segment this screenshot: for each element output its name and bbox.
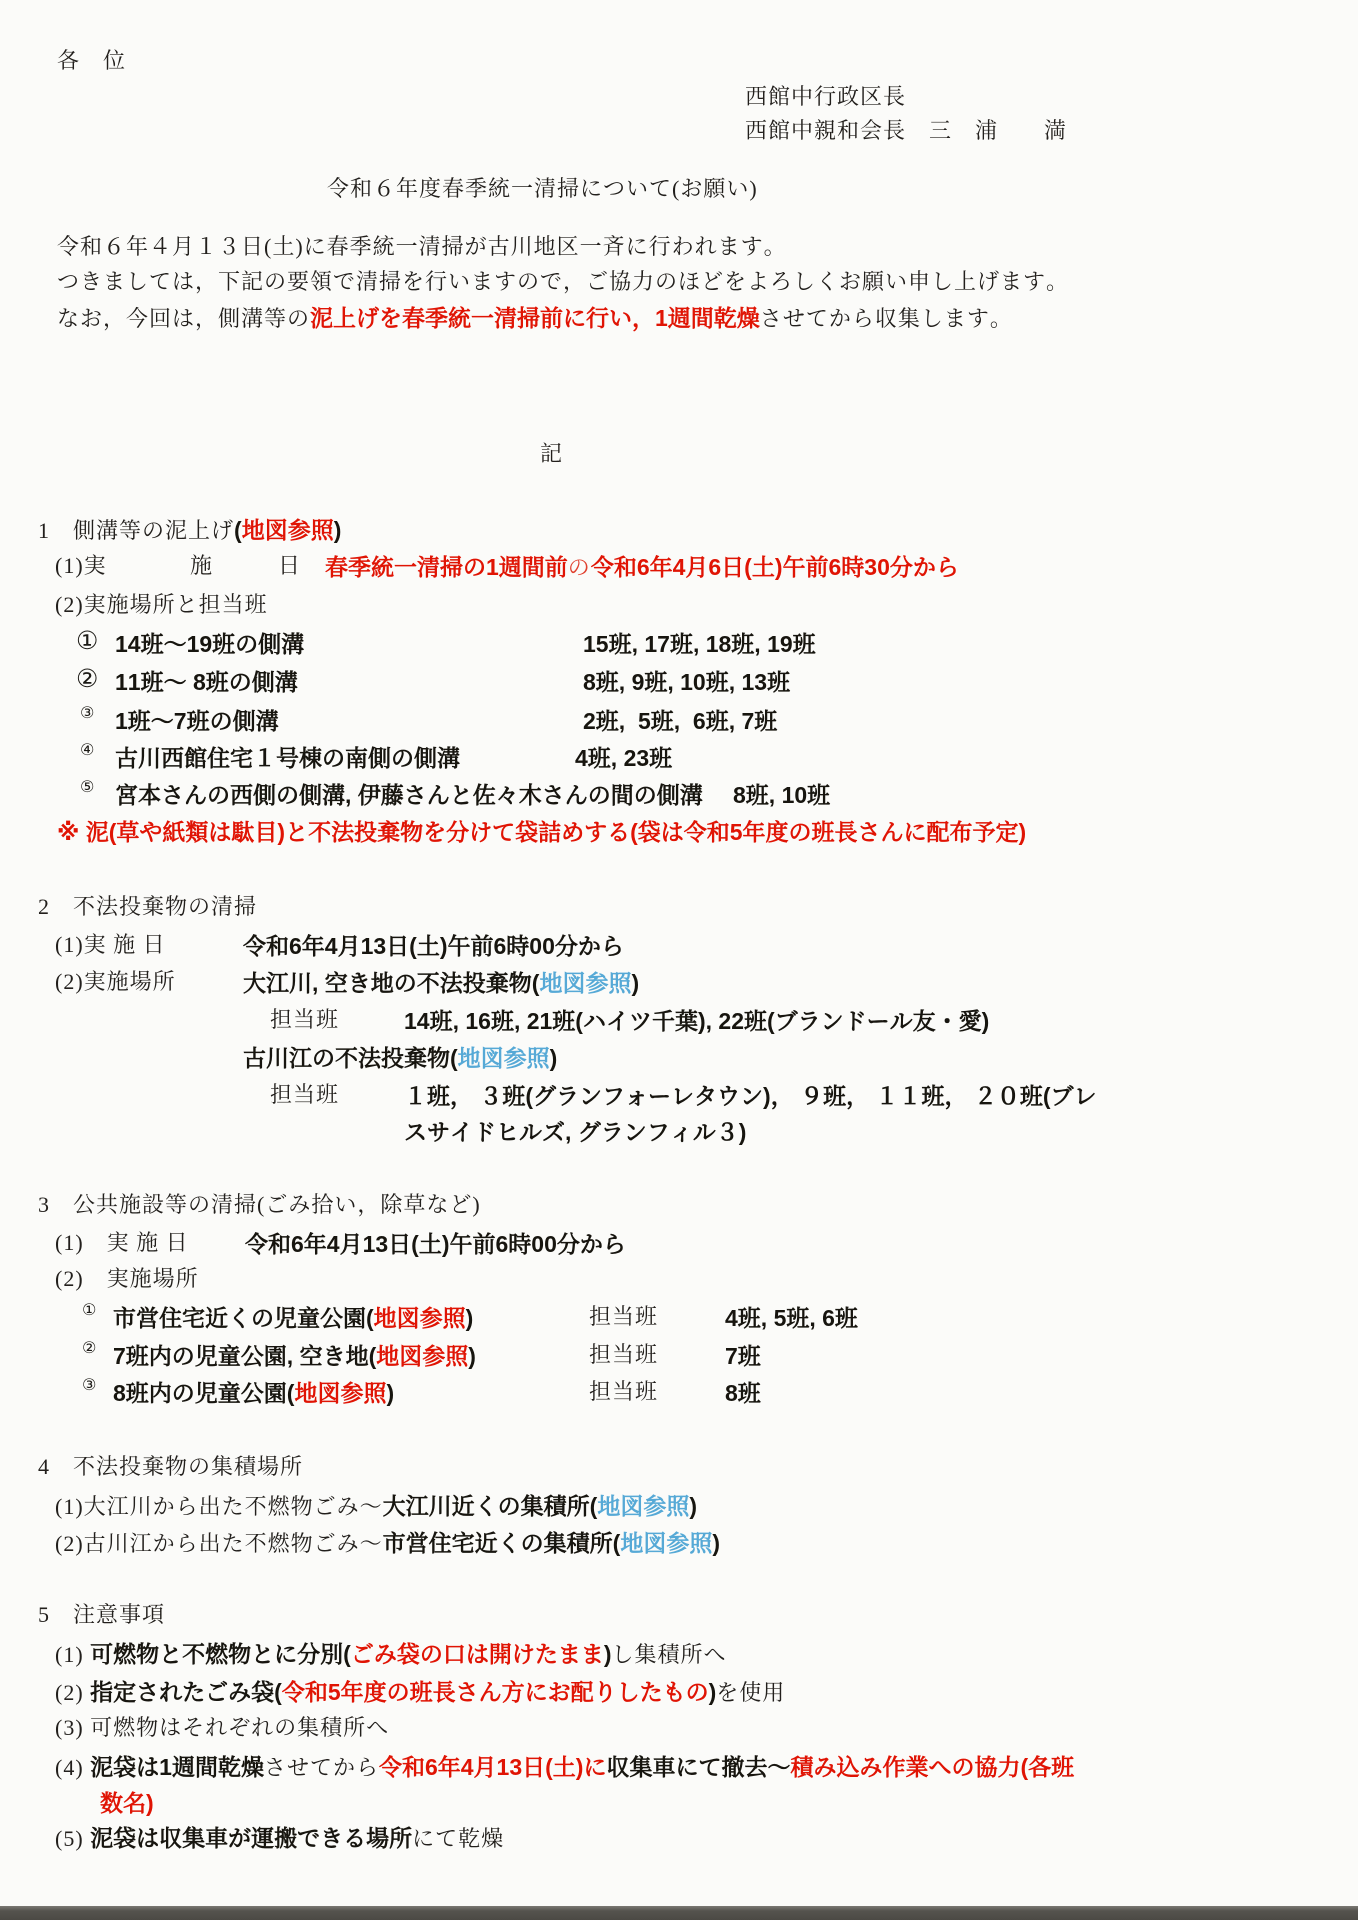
sec3-row-2: ②7班内の児童公園, 空き地(地図参照)担当班7班 — [0, 1338, 1358, 1374]
sec1-row-2: ②11班～ 8班の側溝8班, 9班, 10班, 13班 — [0, 664, 1358, 700]
text-segment: 施 — [190, 549, 213, 580]
text-segment: 記 — [540, 437, 563, 468]
text-run-b: 2班, 5班, 6班, 7班 — [583, 708, 777, 734]
text-segment: ④ — [80, 740, 94, 763]
text-segment: 担当班 — [270, 1078, 339, 1109]
text-segment: (3) 可燃物はそれぞれの集積所へ — [55, 1711, 389, 1742]
text-run-m: (4) — [55, 1755, 90, 1780]
sec3-date: (1) 実 施 日令和6年4月13日(土)午前6時00分から — [0, 1226, 1358, 1262]
text-segment: 1班～7班の側溝 — [115, 703, 279, 736]
text-run-r: 地図参照 — [374, 1305, 466, 1331]
sec3-heading: 3 公共施設等の清掃(ごみ拾い，除草など) — [0, 1188, 1358, 1224]
text-run-b: 8班, 9班, 10班, 13班 — [583, 669, 790, 695]
text-segment: 春季統一清掃の1週間前の令和6年4月6日(土)午前6時30分から — [325, 549, 959, 582]
text-run-b: 1班～7班の側溝 — [115, 708, 279, 734]
text-run-m: 西館中親和会長 三 浦 満 — [745, 118, 1067, 143]
text-segment: 14班～19班の側溝 — [115, 626, 304, 659]
text-segment: (2) 指定されたごみ袋(令和5年度の班長さん方にお配りしたもの)を使用 — [55, 1674, 785, 1707]
sec5-item-1: (1) 可燃物と不燃物とに分別(ごみ袋の口は開けたまま)し集積所へ — [0, 1636, 1358, 1672]
sender-line-1: 西館中行政区長 — [0, 80, 1358, 116]
text-segment: ⑤ — [80, 777, 94, 800]
text-run-b: 古川江の不法投棄物( — [243, 1045, 458, 1071]
text-run-m: 1 側溝等の泥上げ — [38, 518, 234, 543]
text-segment: 担当班 — [589, 1375, 658, 1406]
text-run-m: 5 注意事項 — [38, 1602, 165, 1627]
sec1-row-5: ⑤宮本さんの西側の側溝, 伊藤さんと佐々木さんの間の側溝8班, 10班 — [0, 777, 1358, 813]
text-run-m: 記 — [540, 441, 563, 466]
text-run-m: (2)実施場所と担当班 — [55, 592, 268, 617]
text-segment: 令和6年4月13日(土)午前6時00分から — [243, 928, 624, 961]
text-segment: 令和6年4月13日(土)午前6時00分から — [245, 1226, 626, 1259]
sec5-item-2: (2) 指定されたごみ袋(令和5年度の班長さん方にお配りしたもの)を使用 — [0, 1674, 1358, 1710]
text-run-b: 4班, 23班 — [575, 745, 672, 771]
text-run-b: ) — [712, 1530, 720, 1556]
text-run-r: 地図参照 — [376, 1343, 468, 1369]
text-run-bl: 地図参照 — [597, 1493, 689, 1519]
text-run-r: 地図参照 — [294, 1380, 386, 1406]
text-run-b: 8班内の児童公園( — [113, 1380, 294, 1406]
text-segment: 各 位 — [57, 44, 126, 75]
text-run-b: 泥袋は収集車が運搬できる場所 — [90, 1825, 412, 1851]
salutation: 各 位 — [0, 44, 1358, 80]
text-run-m: (1) — [55, 1642, 90, 1667]
text-run-m: にて乾燥 — [412, 1826, 504, 1851]
text-run-m: (1)実 — [55, 553, 107, 578]
text-run-b: 市営住宅近くの集積所( — [383, 1530, 621, 1556]
text-segment: 7班 — [725, 1338, 761, 1371]
text-segment: ③ — [80, 703, 94, 726]
text-run-m: (5) — [55, 1826, 90, 1851]
text-segment: 数名) — [100, 1785, 154, 1818]
text-segment: 4班, 5班, 6班 — [725, 1300, 858, 1333]
sec1-heading: 1 側溝等の泥上げ(地図参照) — [0, 512, 1358, 548]
sec2-date: (1)実 施 日令和6年4月13日(土)午前6時00分から — [0, 928, 1358, 964]
text-segment: 2 不法投棄物の清掃 — [38, 890, 257, 921]
sec1-row-3: ③1班～7班の側溝2班, 5班, 6班, 7班 — [0, 703, 1358, 739]
text-segment: 8班 — [725, 1375, 761, 1408]
text-run-m: 担当班 — [589, 1379, 658, 1404]
text-segment: 15班, 17班, 18班, 19班 — [583, 626, 816, 659]
intro-line-3: なお，今回は，側溝等の泥上げを春季統一清掃前に行い，1週間乾燥させてから収集しま… — [0, 300, 1358, 336]
text-run-b: 11班～ 8班の側溝 — [115, 669, 298, 695]
text-run-b: 大江川近くの集積所( — [383, 1493, 598, 1519]
text-run-r: ※ 泥(草や紙類は駄目)と不法投棄物を分けて袋詰めする(袋は令和5年度の班長さん… — [57, 819, 1026, 845]
sec2-team-1: 担当班14班, 16班, 21班(ハイツ千葉), 22班(ブランドール友・愛) — [0, 1003, 1358, 1039]
text-segment: 西館中行政区長 — [745, 80, 906, 111]
text-run-n2: ② — [82, 1340, 96, 1357]
text-segment: (2)古川江から出た不燃物ごみ～市営住宅近くの集積所(地図参照) — [55, 1525, 720, 1558]
text-segment: 8班, 9班, 10班, 13班 — [583, 664, 790, 697]
text-run-b: 7班内の児童公園, 空き地( — [113, 1343, 376, 1369]
text-segment: 古川西館住宅１号棟の南側の側溝 — [115, 740, 460, 773]
text-run-b: 泥袋は1週間乾燥 — [90, 1754, 264, 1780]
text-run-m: を使用 — [716, 1680, 785, 1705]
text-run-b: ) — [604, 1641, 612, 1667]
text-segment: 7班内の児童公園, 空き地(地図参照) — [113, 1338, 476, 1371]
text-segment: 大江川, 空き地の不法投棄物(地図参照) — [243, 965, 639, 998]
text-segment: 8班内の児童公園(地図参照) — [113, 1375, 394, 1408]
text-segment: なお，今回は，側溝等の泥上げを春季統一清掃前に行い，1週間乾燥させてから収集しま… — [57, 300, 1013, 333]
sec4-row-1: (1)大江川から出た不燃物ごみ～大江川近くの集積所(地図参照) — [0, 1488, 1358, 1524]
text-run-b: 8班 — [725, 1380, 761, 1406]
text-run-bl: 地図参照 — [620, 1530, 712, 1556]
text-run-b: 14班～19班の側溝 — [115, 631, 304, 657]
text-segment: (1) 実 施 日 — [55, 1226, 189, 1257]
text-segment: (1) 可燃物と不燃物とに分別(ごみ袋の口は開けたまま)し集積所へ — [55, 1636, 727, 1669]
scanned-notice-page: 各 位西館中行政区長西館中親和会長 三 浦 満令和６年度春季統一清掃について(お… — [0, 0, 1358, 1920]
text-segment: ① — [76, 626, 98, 656]
text-run-b: 大江川, 空き地の不法投棄物( — [243, 970, 539, 996]
text-segment: 2班, 5班, 6班, 7班 — [583, 703, 777, 736]
text-run-b: 令和6年4月13日(土)午前6時00分から — [243, 933, 624, 959]
text-run-n2: ④ — [80, 742, 94, 759]
text-segment: 11班～ 8班の側溝 — [115, 664, 298, 697]
text-run-m: 担当班 — [270, 1007, 339, 1032]
text-run-rm: の — [568, 555, 591, 580]
text-run-m: 各 位 — [57, 48, 126, 73]
sec2-heading: 2 不法投棄物の清掃 — [0, 890, 1358, 926]
text-segment: 担当班 — [270, 1003, 339, 1034]
sec2-location-2: 古川江の不法投棄物(地図参照) — [0, 1040, 1358, 1076]
text-run-r: 春季統一清掃の1週間前 — [325, 554, 568, 580]
text-segment: 令和６年度春季統一清掃について(お願い) — [327, 172, 758, 203]
text-run-m: (1)大江川から出た不燃物ごみ～ — [55, 1494, 383, 1519]
text-run-r: 地図参照 — [242, 517, 334, 543]
text-run-b: ) — [689, 1493, 697, 1519]
text-run-b: 市営住宅近くの児童公園( — [113, 1305, 374, 1331]
text-run-r: ごみ袋の口は開けたまま — [351, 1641, 604, 1667]
text-run-b: 収集車にて撤去～ — [606, 1754, 790, 1780]
text-segment: 3 公共施設等の清掃(ごみ拾い，除草など) — [38, 1188, 481, 1219]
text-run-m: (3) 可燃物はそれぞれの集積所へ — [55, 1715, 389, 1740]
text-run-m: 3 公共施設等の清掃(ごみ拾い，除草など) — [38, 1192, 481, 1217]
text-run-b: ) — [386, 1380, 394, 1406]
text-run-b: 可燃物と不燃物とに分別( — [90, 1641, 351, 1667]
text-run-b: ) — [468, 1343, 476, 1369]
text-run-b: ) — [631, 970, 639, 996]
text-segment: 14班, 16班, 21班(ハイツ千葉), 22班(ブランドール友・愛) — [404, 1003, 989, 1036]
sec3-row-3: ③8班内の児童公園(地図参照)担当班8班 — [0, 1375, 1358, 1411]
text-run-b: 14班, 16班, 21班(ハイツ千葉), 22班(ブランドール友・愛) — [404, 1008, 989, 1034]
text-segment: つきましては，下記の要領で清掃を行いますので，ご協力のほどをよろしくお願い申し上… — [57, 265, 1069, 296]
text-segment: (4) 泥袋は1週間乾燥させてから令和6年4月13日(土)に収集車にて撤去～積み… — [55, 1749, 1074, 1782]
text-run-m: 2 不法投棄物の清掃 — [38, 894, 257, 919]
text-run-b: ) — [550, 1045, 558, 1071]
sec1-note: ※ 泥(草や紙類は駄目)と不法投棄物を分けて袋詰めする(袋は令和5年度の班長さん… — [0, 814, 1358, 850]
text-run-m: 令和６年４月１３日(土)に春季統一清掃が古川地区一斉に行われます。 — [57, 234, 787, 259]
text-run-b: 8班, 10班 — [733, 782, 830, 808]
text-run-m: (2)実施場所 — [55, 969, 176, 994]
text-run-m: (1) 実 施 日 — [55, 1230, 189, 1255]
sender-line-2: 西館中親和会長 三 浦 満 — [0, 114, 1358, 150]
text-run-b: 宮本さんの西側の側溝, 伊藤さんと佐々木さんの間の側溝 — [115, 782, 703, 808]
sec2-location-1: (2)実施場所大江川, 空き地の不法投棄物(地図参照) — [0, 965, 1358, 1001]
sec5-item-5: (5) 泥袋は収集車が運搬できる場所にて乾燥 — [0, 1820, 1358, 1856]
text-segment: (2) 実施場所 — [55, 1262, 199, 1293]
text-segment: (5) 泥袋は収集車が運搬できる場所にて乾燥 — [55, 1820, 504, 1853]
text-segment: 担当班 — [589, 1338, 658, 1369]
text-run-b: 古川西館住宅１号棟の南側の側溝 — [115, 745, 460, 771]
sec2-team-2b: スサイドヒルズ, グランフィル３) — [0, 1114, 1358, 1150]
sec3-row-1: ①市営住宅近くの児童公園(地図参照)担当班4班, 5班, 6班 — [0, 1300, 1358, 1336]
text-run-bp: ) — [334, 517, 342, 543]
intro-line-2: つきましては，下記の要領で清掃を行いますので，ご協力のほどをよろしくお願い申し上… — [0, 265, 1358, 301]
text-run-bl: 地図参照 — [539, 970, 631, 996]
text-run-n2: ① — [82, 1302, 96, 1319]
text-run-m: 担当班 — [589, 1304, 658, 1329]
text-run-n1: ① — [76, 628, 98, 655]
text-segment: (1)大江川から出た不燃物ごみ～大江川近くの集積所(地図参照) — [55, 1488, 697, 1521]
text-run-m: (1)実 施 日 — [55, 932, 166, 957]
text-run-m: 担当班 — [589, 1342, 658, 1367]
text-run-m: 4 不法投棄物の集積場所 — [38, 1454, 303, 1479]
text-segment: 8班, 10班 — [733, 777, 830, 810]
text-run-m: させてから収集します。 — [760, 306, 1013, 331]
text-run-m: (2) — [55, 1680, 90, 1705]
text-run-n2: ③ — [82, 1377, 96, 1394]
text-run-m: (2) 実施場所 — [55, 1266, 199, 1291]
text-segment: 西館中親和会長 三 浦 満 — [745, 114, 1067, 145]
text-segment: 担当班 — [589, 1300, 658, 1331]
text-run-m: 担当班 — [270, 1082, 339, 1107]
text-segment: 令和６年４月１３日(土)に春季統一清掃が古川地区一斉に行われます。 — [57, 230, 787, 261]
sec5-item-4a: (4) 泥袋は1週間乾燥させてから令和6年4月13日(土)に収集車にて撤去～積み… — [0, 1749, 1358, 1785]
text-run-b: 指定されたごみ袋( — [90, 1679, 282, 1705]
sec2-team-2a: 担当班１班， ３班(グランフォーレタウン)， ９班， １１班， ２０班(ブレ — [0, 1078, 1358, 1114]
text-run-m: 西館中行政区長 — [745, 84, 906, 109]
text-run-r: 令和6年4月6日(土)午前6時30分から — [591, 554, 959, 580]
text-run-m: させてから — [264, 1755, 379, 1780]
text-run-n1: ② — [76, 666, 98, 693]
doc-title: 令和６年度春季統一清掃について(お願い) — [0, 172, 1358, 208]
text-segment: 古川江の不法投棄物(地図参照) — [243, 1040, 557, 1073]
text-segment: (1)実 — [55, 549, 107, 580]
text-segment: １班， ３班(グランフォーレタウン)， ９班， １１班， ２０班(ブレ — [404, 1078, 1097, 1111]
text-run-bl: 地図参照 — [458, 1045, 550, 1071]
text-run-r: 数名) — [100, 1790, 154, 1816]
text-segment: (2)実施場所と担当班 — [55, 588, 268, 619]
text-run-b: 15班, 17班, 18班, 19班 — [583, 631, 816, 657]
text-run-r: 泥上げを春季統一清掃前に行い，1週間乾燥 — [310, 305, 760, 331]
text-run-b: 4班, 5班, 6班 — [725, 1305, 858, 1331]
sec5-item-3: (3) 可燃物はそれぞれの集積所へ — [0, 1711, 1358, 1747]
text-run-m: し集積所へ — [612, 1642, 727, 1667]
sec1-date: (1)実施日春季統一清掃の1週間前の令和6年4月6日(土)午前6時30分から — [0, 549, 1358, 585]
text-run-m: (2)古川江から出た不燃物ごみ～ — [55, 1531, 383, 1556]
text-run-m: 令和６年度春季統一清掃について(お願い) — [327, 176, 758, 201]
text-run-m: なお，今回は，側溝等の — [57, 306, 310, 331]
text-segment: (1)実 施 日 — [55, 928, 166, 959]
text-segment: ※ 泥(草や紙類は駄目)と不法投棄物を分けて袋詰めする(袋は令和5年度の班長さん… — [57, 814, 1026, 847]
intro-line-1: 令和６年４月１３日(土)に春季統一清掃が古川地区一斉に行われます。 — [0, 230, 1358, 266]
text-run-n2: ⑤ — [80, 779, 94, 796]
text-run-b: スサイドヒルズ, グランフィル３) — [404, 1119, 746, 1145]
sec4-row-2: (2)古川江から出た不燃物ごみ～市営住宅近くの集積所(地図参照) — [0, 1525, 1358, 1561]
text-segment: 宮本さんの西側の側溝, 伊藤さんと佐々木さんの間の側溝 — [115, 777, 703, 810]
text-run-bp: ( — [234, 517, 242, 543]
text-segment: (2)実施場所 — [55, 965, 176, 996]
text-run-b: １班， ３班(グランフォーレタウン)， ９班， １１班， ２０班(ブレ — [404, 1083, 1097, 1109]
text-run-r: 積み込み作業への協力(各班 — [790, 1754, 1074, 1780]
scan-edge-bar — [0, 1906, 1358, 1920]
sec1-row-4: ④古川西館住宅１号棟の南側の側溝4班, 23班 — [0, 740, 1358, 776]
text-run-r: 令和6年4月13日(土)に — [379, 1754, 606, 1780]
text-segment: ② — [82, 1338, 96, 1361]
text-segment: 1 側溝等の泥上げ(地図参照) — [38, 512, 341, 545]
text-segment: ③ — [82, 1375, 96, 1398]
text-run-n2: ③ — [80, 705, 94, 722]
text-segment: 4班, 23班 — [575, 740, 672, 773]
sec4-heading: 4 不法投棄物の集積場所 — [0, 1450, 1358, 1486]
text-segment: 市営住宅近くの児童公園(地図参照) — [113, 1300, 473, 1333]
text-run-b: 7班 — [725, 1343, 761, 1369]
text-segment: スサイドヒルズ, グランフィル３) — [404, 1114, 746, 1147]
record-mark: 記 — [0, 437, 1358, 473]
sec1-row-1: ①14班～19班の側溝15班, 17班, 18班, 19班 — [0, 626, 1358, 662]
text-run-b: 令和6年4月13日(土)午前6時00分から — [245, 1231, 626, 1257]
sec5-heading: 5 注意事項 — [0, 1598, 1358, 1634]
sec3-locations-label: (2) 実施場所 — [0, 1262, 1358, 1298]
sec1-locations-label: (2)実施場所と担当班 — [0, 588, 1358, 624]
text-segment: 4 不法投棄物の集積場所 — [38, 1450, 303, 1481]
text-run-m: つきましては，下記の要領で清掃を行いますので，ご協力のほどをよろしくお願い申し上… — [57, 269, 1069, 294]
text-run-m: 施 — [190, 553, 213, 578]
text-run-r: 令和5年度の班長さん方にお配りしたもの — [282, 1679, 709, 1705]
text-segment: 5 注意事項 — [38, 1598, 165, 1629]
text-segment: 日 — [278, 549, 301, 580]
text-run-b: ) — [466, 1305, 474, 1331]
sec5-item-4b: 数名) — [0, 1785, 1358, 1821]
text-run-m: 日 — [278, 553, 301, 578]
text-segment: ② — [76, 664, 98, 694]
text-segment: ① — [82, 1300, 96, 1323]
